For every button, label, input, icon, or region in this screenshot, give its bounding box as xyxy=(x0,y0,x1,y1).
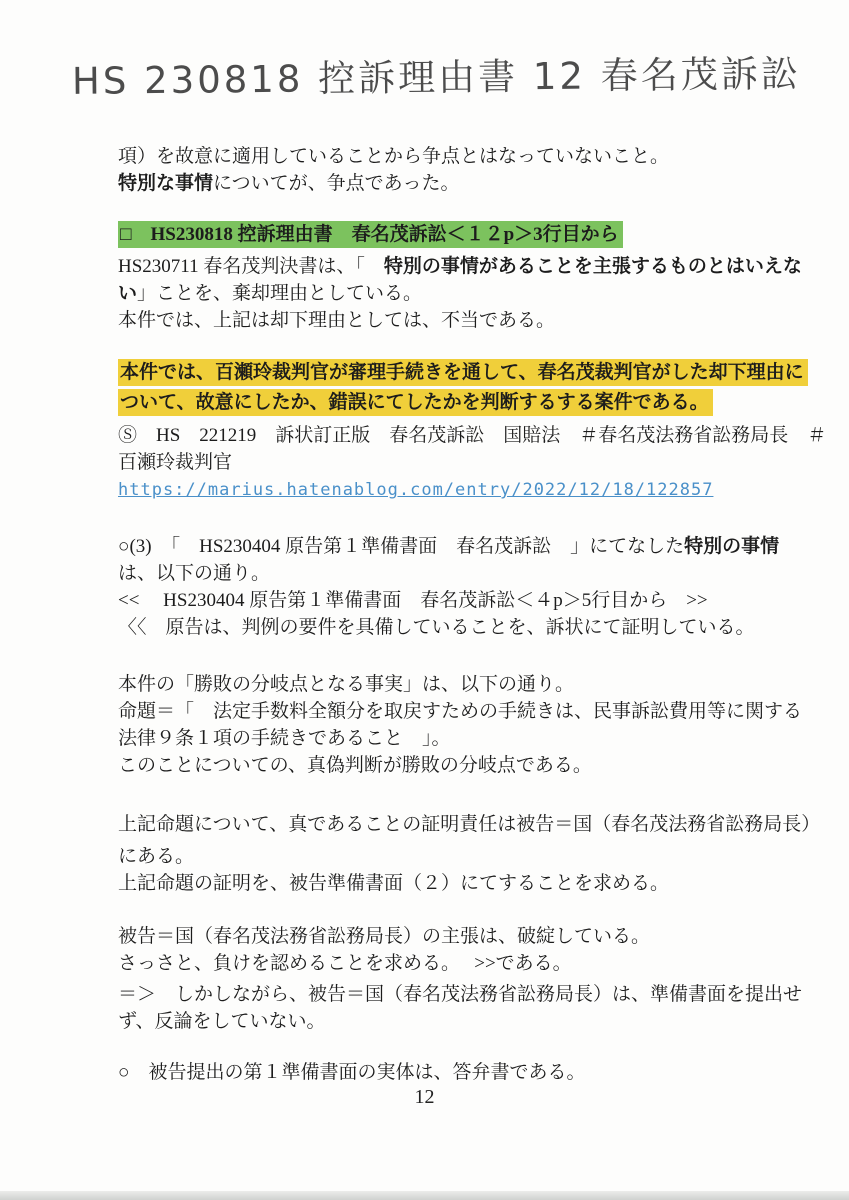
text-segment: ＝＞ しかしながら、被告＝国（春名茂法務省訟務局長）は、準備書面を提出せ xyxy=(118,984,802,1005)
text-segment: 被告＝国（春名茂法務省訟務局長）の主張は、破綻している。 xyxy=(118,926,650,947)
handwritten-title: HS 230818 控訴理由書 12 春名茂訴訟 xyxy=(72,45,633,105)
text-line: ○(3) 「 HS230404 原告第１準備書面 春名茂訴訟 」にてなした特別の… xyxy=(118,533,750,560)
page-number: 12 xyxy=(0,1086,849,1109)
text-line: 本件では、上記は却下理由としては、不当である。 xyxy=(118,307,750,334)
text-segment: このことについての、真偽判断が勝敗の分岐点である。 xyxy=(118,755,592,776)
text-line: 法律９条１項の手続きであること 」。 xyxy=(118,725,750,752)
text-segment: 本件の「勝敗の分岐点となる事実」は、以下の通り。 xyxy=(118,674,574,695)
text-segment: 本件では、上記は却下理由としては、不当である。 xyxy=(118,310,555,331)
text-line: 上記命題について、真であることの証明責任は被告＝国（春名茂法務省訟務局長） xyxy=(118,811,750,838)
text-line: さっさと、負けを認めることを求める。 >>である。 xyxy=(118,950,750,977)
text-segment: ついて、故意にしたか、錯誤にてしたかを判断するする案件である。 xyxy=(120,392,709,413)
text-segment: 上記命題について、真であることの証明責任は被告＝国（春名茂法務省訟務局長） xyxy=(118,814,820,835)
text-segment: 〈〈 原告は、判例の要件を具備していることを、訴状にて証明している。 xyxy=(118,617,755,638)
text-segment: 法律９条１項の手続きであること 」。 xyxy=(118,728,451,749)
text-line: は、以下の通り。 xyxy=(118,560,750,587)
text-line: 被告＝国（春名茂法務省訟務局長）の主張は、破綻している。 xyxy=(118,923,750,950)
text-line: ず、反論をしていない。 xyxy=(118,1008,750,1035)
text-line: 特別な事情についてが、争点であった。 xyxy=(118,170,750,197)
text-segment: 特別の事情があることを主張するものとはいえな xyxy=(384,256,802,277)
yellow-highlight: ついて、故意にしたか、錯誤にてしたかを判断するする案件である。 xyxy=(118,389,713,416)
hyperlink[interactable]: https://marius.hatenablog.com/entry/2022… xyxy=(118,480,713,500)
text-line: 百瀬玲裁判官 xyxy=(118,449,750,476)
text-line: Ⓢ HS 221219 訴状訂正版 春名茂訴訟 国賠法 ＃春名茂法務省訟務局長 … xyxy=(118,422,750,449)
text-segment: ○ 被告提出の第１準備書面の実体は、答弁書である。 xyxy=(118,1062,585,1083)
text-segment: についてが、争点であった。 xyxy=(213,173,459,194)
text-segment: 」ことを、棄却理由としている。 xyxy=(137,283,422,304)
text-line: ＝＞ しかしながら、被告＝国（春名茂法務省訟務局長）は、準備書面を提出せ xyxy=(118,981,750,1008)
text-line: ○ 被告提出の第１準備書面の実体は、答弁書である。 xyxy=(118,1059,750,1086)
highlight-line-yellow: 本件では、百瀬玲裁判官が審理手続きを通して、春名茂裁判官がした却下理由に xyxy=(118,359,750,386)
text-segment: 百瀬玲裁判官 xyxy=(118,452,232,473)
text-segment: 項）を故意に適用していることから争点とはなっていないこと。 xyxy=(118,146,669,167)
text-line: << HS230404 原告第１準備書面 春名茂訴訟＜４p＞5行目から >> xyxy=(118,587,750,614)
text-segment: 命題＝「 法定手数料全額分を取戻すための手続きは、民事訴訟費用等に関する xyxy=(118,701,802,722)
text-line: 本件の「勝敗の分岐点となる事実」は、以下の通り。 xyxy=(118,671,750,698)
text-line: にある。 xyxy=(118,843,750,870)
text-segment: い xyxy=(118,283,137,304)
highlight-line-yellow: ついて、故意にしたか、錯誤にてしたかを判断するする案件である。 xyxy=(118,389,750,416)
text-line: 命題＝「 法定手数料全額分を取戻すための手続きは、民事訴訟費用等に関する xyxy=(118,698,750,725)
text-segment: さっさと、負けを認めることを求める。 >>である。 xyxy=(118,953,572,974)
text-line: https://marius.hatenablog.com/entry/2022… xyxy=(118,476,750,504)
text-line: 上記命題の証明を、被告準備書面（２）にてすることを求める。 xyxy=(118,870,750,897)
text-segment: HS230711 春名茂判決書は、「 xyxy=(118,256,384,277)
text-segment: ず、反論をしていない。 xyxy=(118,1011,325,1032)
green-highlight: □ HS230818 控訴理由書 春名茂訴訟＜１２p＞3行目から xyxy=(118,221,623,248)
text-line: HS230711 春名茂判決書は、「 特別の事情があることを主張するものとはいえ… xyxy=(118,253,750,280)
text-segment: ○(3) 「 HS230404 原告第１準備書面 春名茂訴訟 」にてなした xyxy=(118,536,684,557)
text-segment: 特別な事情 xyxy=(118,173,213,194)
text-segment: << HS230404 原告第１準備書面 春名茂訴訟＜４p＞5行目から >> xyxy=(118,590,708,611)
text-segment: 特別の事情 xyxy=(684,536,779,557)
text-segment: にある。 xyxy=(118,846,194,867)
text-segment: 本件では、百瀬玲裁判官が審理手続きを通して、春名茂裁判官がした却下理由に xyxy=(120,362,804,383)
yellow-highlight: 本件では、百瀬玲裁判官が審理手続きを通して、春名茂裁判官がした却下理由に xyxy=(118,359,808,386)
text-segment: 上記命題の証明を、被告準備書面（２）にてすることを求める。 xyxy=(118,873,669,894)
highlight-line-green: □ HS230818 控訴理由書 春名茂訴訟＜１２p＞3行目から xyxy=(118,221,750,248)
text-segment: Ⓢ HS 221219 訴状訂正版 春名茂訴訟 国賠法 ＃春名茂法務省訟務局長 … xyxy=(118,425,826,446)
text-line: このことについての、真偽判断が勝敗の分岐点である。 xyxy=(118,752,750,779)
text-line: い」ことを、棄却理由としている。 xyxy=(118,280,750,307)
scan-bottom-edge xyxy=(0,1191,849,1200)
text-segment: □ HS230818 控訴理由書 春名茂訴訟＜１２p＞3行目から xyxy=(120,224,619,245)
text-line: 〈〈 原告は、判例の要件を具備していることを、訴状にて証明している。 xyxy=(118,614,750,641)
text-line: 項）を故意に適用していることから争点とはなっていないこと。 xyxy=(118,143,750,170)
text-segment: は、以下の通り。 xyxy=(118,563,270,584)
document-body: 項）を故意に適用していることから争点とはなっていないこと。特別な事情についてが、… xyxy=(118,143,750,1086)
